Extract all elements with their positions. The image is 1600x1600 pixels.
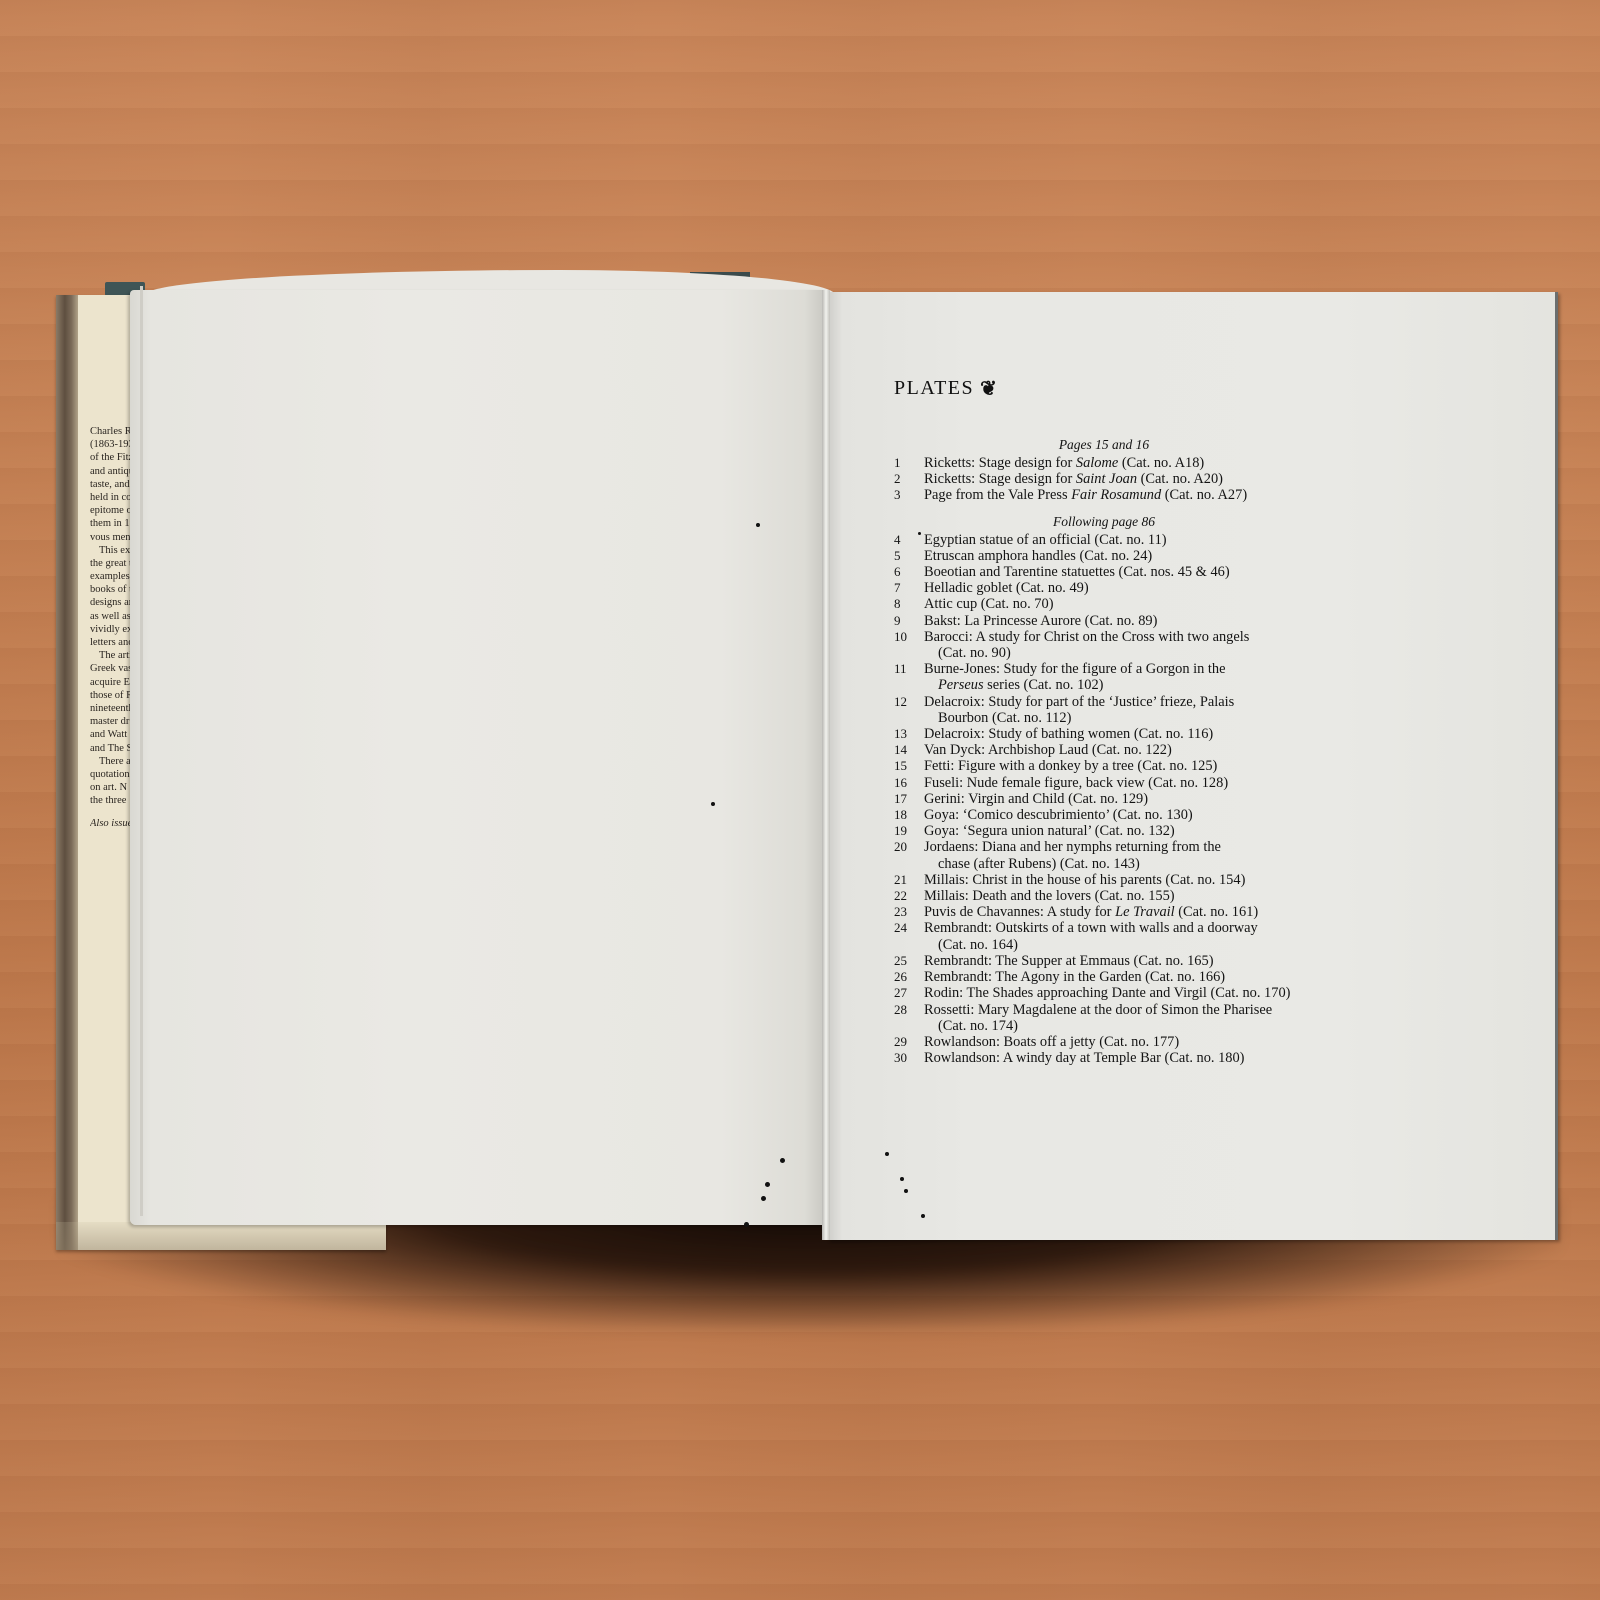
plate-title: Millais: Christ in the house of his pare… [924,872,1354,888]
plate-title-continuation: (Cat. no. 174) [924,1018,1354,1034]
fleuron-icon: ❦ [980,376,994,401]
plate-number: 14 [894,742,924,758]
plate-title: Boeotian and Tarentine statuettes (Cat. … [924,564,1354,580]
plate-number: 13 [894,726,924,742]
plate-number: 4 [894,532,924,548]
plate-number: 3 [894,487,924,503]
plate-title: Millais: Death and the lovers (Cat. no. … [924,888,1354,904]
plate-title: Ricketts: Stage design for Saint Joan (C… [924,471,1354,487]
foxing-spot [904,1189,908,1193]
plate-title: Fetti: Figure with a donkey by a tree (C… [924,758,1354,774]
book-gutter [822,290,830,1240]
plate-entry: 20Jordaens: Diana and her nymphs returni… [894,839,1354,871]
plate-title: Gerini: Virgin and Child (Cat. no. 129) [924,791,1354,807]
plate-title-continuation: (Cat. no. 164) [924,937,1354,953]
plate-entry: 8Attic cup (Cat. no. 70) [894,596,1354,612]
plate-title: Rembrandt: Outskirts of a town with wall… [924,920,1354,952]
plate-title: Barocci: A study for Christ on the Cross… [924,629,1354,661]
plate-title-continuation: Bourbon (Cat. no. 112) [924,710,1354,726]
plate-number: 21 [894,872,924,888]
plate-number: 6 [894,564,924,580]
foxing-spot [761,1196,766,1201]
plate-title: Delacroix: Study for part of the ‘Justic… [924,694,1354,726]
plate-title: Delacroix: Study of bathing women (Cat. … [924,726,1354,742]
plate-number: 10 [894,629,924,661]
plate-entry: 19Goya: ‘Segura union natural’ (Cat. no.… [894,823,1354,839]
plate-entry: 17Gerini: Virgin and Child (Cat. no. 129… [894,791,1354,807]
plate-number: 16 [894,775,924,791]
plate-entry: 15Fetti: Figure with a donkey by a tree … [894,758,1354,774]
plate-number: 18 [894,807,924,823]
plate-title: Van Dyck: Archbishop Laud (Cat. no. 122) [924,742,1354,758]
plate-title: Attic cup (Cat. no. 70) [924,596,1354,612]
plate-number: 23 [894,904,924,920]
plate-number: 12 [894,694,924,726]
plate-number: 30 [894,1050,924,1066]
plate-number: 19 [894,823,924,839]
foxing-spot [900,1177,904,1181]
plates-heading: PLATES ❦ [894,376,994,401]
plate-number: 5 [894,548,924,564]
plate-title: Jordaens: Diana and her nymphs returning… [924,839,1354,871]
plate-entry: 1Ricketts: Stage design for Salome (Cat.… [894,455,1354,471]
foxing-spot [885,1152,889,1156]
plate-title: Rembrandt: The Agony in the Garden (Cat.… [924,969,1354,985]
plate-title-continuation: Perseus series (Cat. no. 102) [924,677,1354,693]
plate-title: Rembrandt: The Supper at Emmaus (Cat. no… [924,953,1354,969]
plate-title: Ricketts: Stage design for Salome (Cat. … [924,455,1354,471]
plate-title: Goya: ‘Segura union natural’ (Cat. no. 1… [924,823,1354,839]
plate-entry: 12Delacroix: Study for part of the ‘Just… [894,694,1354,726]
plate-number: 24 [894,920,924,952]
plate-title: Puvis de Chavannes: A study for Le Trava… [924,904,1354,920]
plate-title-continuation: chase (after Rubens) (Cat. no. 143) [924,856,1354,872]
plate-title: Fuseli: Nude female figure, back view (C… [924,775,1354,791]
plate-number: 25 [894,953,924,969]
plate-entry: 14Van Dyck: Archbishop Laud (Cat. no. 12… [894,742,1354,758]
plate-number: 7 [894,580,924,596]
plate-number: 28 [894,1002,924,1034]
foxing-spot [756,523,760,527]
plate-number: 27 [894,985,924,1001]
plate-title: Etruscan amphora handles (Cat. no. 24) [924,548,1354,564]
dust-jacket-fold-edge [56,295,78,1250]
plate-entry: 28Rossetti: Mary Magdalene at the door o… [894,1002,1354,1034]
plate-title: Egyptian statue of an official (Cat. no.… [924,532,1354,548]
plate-title: Helladic goblet (Cat. no. 49) [924,580,1354,596]
plate-number: 17 [894,791,924,807]
left-page-edges [140,286,828,1216]
plate-title: Rowlandson: Boats off a jetty (Cat. no. … [924,1034,1354,1050]
plate-number: 11 [894,661,924,693]
plate-entry: 16Fuseli: Nude female figure, back view … [894,775,1354,791]
plate-number: 20 [894,839,924,871]
plate-entry: 23Puvis de Chavannes: A study for Le Tra… [894,904,1354,920]
plate-title: Rodin: The Shades approaching Dante and … [924,985,1354,1001]
plate-entry: 30Rowlandson: A windy day at Temple Bar … [894,1050,1354,1066]
plate-number: 9 [894,613,924,629]
plate-title: Rossetti: Mary Magdalene at the door of … [924,1002,1354,1034]
plate-entry: 26Rembrandt: The Agony in the Garden (Ca… [894,969,1354,985]
plate-entry: 4Egyptian statue of an official (Cat. no… [894,532,1354,548]
plate-entry: 21Millais: Christ in the house of his pa… [894,872,1354,888]
plate-entry: 9Bakst: La Princesse Aurore (Cat. no. 89… [894,613,1354,629]
plate-number: 26 [894,969,924,985]
plate-entry: 18Goya: ‘Comico descubrimiento’ (Cat. no… [894,807,1354,823]
plate-title-continuation: (Cat. no. 90) [924,645,1354,661]
plate-number: 1 [894,455,924,471]
plate-number: 29 [894,1034,924,1050]
plate-title: Burne-Jones: Study for the figure of a G… [924,661,1354,693]
plate-title: Page from the Vale Press Fair Rosamund (… [924,487,1354,503]
plate-number: 2 [894,471,924,487]
plate-entry: 25Rembrandt: The Supper at Emmaus (Cat. … [894,953,1354,969]
section-heading: Following page 86 [894,514,1314,532]
plate-entry: 22Millais: Death and the lovers (Cat. no… [894,888,1354,904]
foxing-spot [921,1214,925,1218]
plate-title: Bakst: La Princesse Aurore (Cat. no. 89) [924,613,1354,629]
plate-entry: 24Rembrandt: Outskirts of a town with wa… [894,920,1354,952]
plate-title: Rowlandson: A windy day at Temple Bar (C… [924,1050,1354,1066]
foxing-spot [765,1182,770,1187]
plate-title: Goya: ‘Comico descubrimiento’ (Cat. no. … [924,807,1354,823]
plate-number: 22 [894,888,924,904]
plate-entry: 7Helladic goblet (Cat. no. 49) [894,580,1354,596]
section-heading: Pages 15 and 16 [894,437,1314,455]
plate-entry: 3Page from the Vale Press Fair Rosamund … [894,487,1354,503]
foxing-spot [744,1222,749,1227]
plate-entry: 13Delacroix: Study of bathing women (Cat… [894,726,1354,742]
plate-number: 8 [894,596,924,612]
plate-entry: 29Rowlandson: Boats off a jetty (Cat. no… [894,1034,1354,1050]
jacket-wear [56,1222,386,1250]
plates-list: Pages 15 and 161Ricketts: Stage design f… [894,437,1354,1066]
plate-entry: 11Burne-Jones: Study for the figure of a… [894,661,1354,693]
plate-entry: 6Boeotian and Tarentine statuettes (Cat.… [894,564,1354,580]
plate-entry: 5Etruscan amphora handles (Cat. no. 24) [894,548,1354,564]
plate-entry: 10Barocci: A study for Christ on the Cro… [894,629,1354,661]
plate-number: 15 [894,758,924,774]
plate-entry: 27Rodin: The Shades approaching Dante an… [894,985,1354,1001]
section-gap [894,504,1354,514]
foxing-spot [780,1158,785,1163]
page-title: PLATES [894,377,974,400]
plate-entry: 2Ricketts: Stage design for Saint Joan (… [894,471,1354,487]
foxing-spot [711,802,715,806]
